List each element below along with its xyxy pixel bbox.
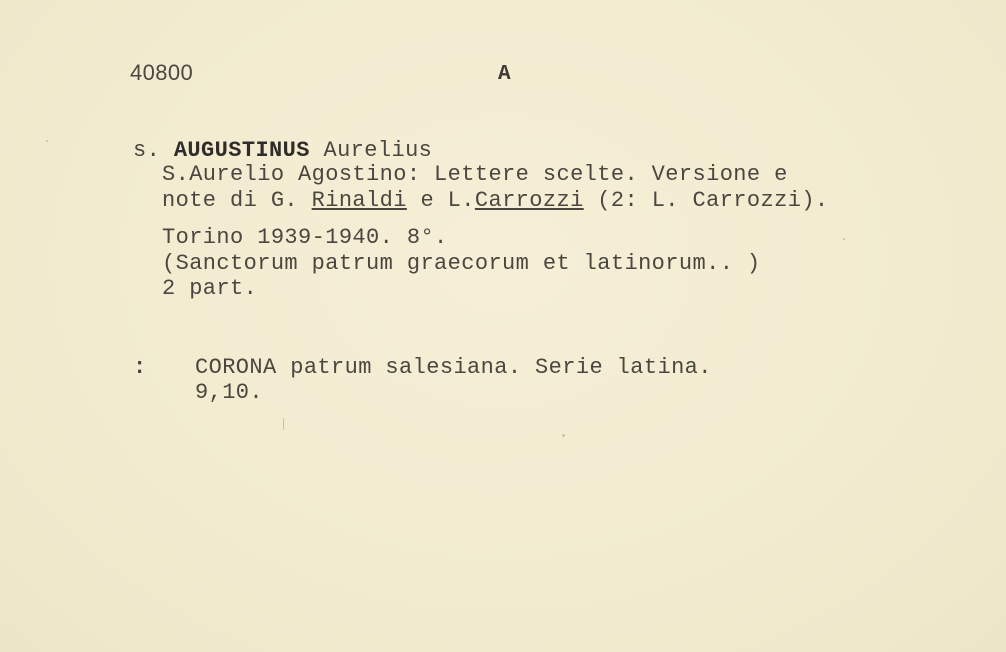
title-text: (2: L. Carrozzi). — [584, 188, 829, 213]
series-marker: : — [133, 355, 147, 380]
heading-name: AUGUSTINUS — [174, 138, 310, 163]
filing-letter: A — [498, 63, 511, 86]
title-line-2: note di G. Rinaldi e L.Carrozzi (2: L. C… — [162, 188, 829, 213]
title-text: note di G. — [162, 188, 312, 213]
imprint: Torino 1939-1940. 8°. — [162, 225, 448, 250]
title-line-1: S.Aurelio Agostino: Lettere scelte. Vers… — [162, 162, 788, 187]
catalog-card: 40800 A s. AUGUSTINUS Aurelius S.Aurelio… — [0, 0, 1006, 652]
editor-name: Carrozzi — [475, 188, 584, 213]
series-entry-line-1: CORONA patrum salesiana. Serie latina. — [195, 355, 712, 380]
paper-speck — [562, 434, 565, 437]
series-note: (Sanctorum patrum graecorum et latinorum… — [162, 251, 761, 276]
accession-number: 40800 — [130, 60, 193, 86]
paper-speck — [843, 238, 845, 240]
extent: 2 part. — [162, 276, 257, 301]
editor-name: Rinaldi — [312, 188, 407, 213]
heading-prefix: s. — [133, 138, 160, 163]
main-heading: s. AUGUSTINUS Aurelius — [133, 138, 432, 163]
paper-speck — [46, 140, 48, 142]
heading-forename: Aurelius — [323, 138, 432, 163]
paper-speck — [283, 418, 284, 430]
title-text: e L. — [407, 188, 475, 213]
series-entry-line-2: 9,10. — [195, 380, 263, 405]
